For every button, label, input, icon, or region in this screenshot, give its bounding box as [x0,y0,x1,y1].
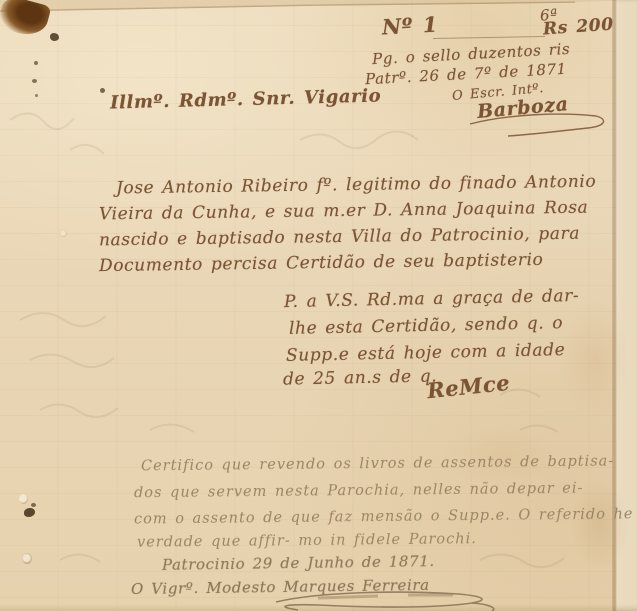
ink-spot [32,79,37,83]
fee-amount: Rs 200 [542,15,614,40]
certificate-line: verdade que affir- mo in fidele Parochi. [137,531,477,551]
petition-closing-formula: ReMce [426,370,511,404]
document-number: Nº 1 [381,12,438,40]
body-line: Jose Antonio Ribeiro fº. legitimo do fin… [116,172,596,199]
ink-spot [100,88,105,93]
ink-spot [50,33,59,41]
certificate-line: dos que servem nesta Parochia, nelles nã… [134,481,584,502]
body-line: Vieira da Cunha, e sua m.er D. Anna Joaq… [99,198,589,225]
body-line: nascido e baptisado nesta Villa do Patro… [99,224,580,251]
ink-spot [34,61,38,65]
petition-line: Supp.e está hoje com a idade [286,340,566,366]
ink-spot [24,508,35,517]
corner-stain [0,0,52,40]
certificate-date: Patrocinio 29 de Junho de 1871. [162,552,435,574]
salutation: Illmº. Rdmº. Snr. Vigario [110,85,382,113]
petition-line: lhe esta Certidão, sendo q. o [289,313,563,339]
paper-hole [22,553,32,564]
ink-spot [31,503,36,507]
clerk-signature-flourish [468,110,613,140]
document-page: 6ª Nº 1 Rs 200 Pg. o sello duzentos ris … [0,0,637,611]
ink-spot [35,94,38,97]
petition-line: de 25 an.s de q. [283,366,438,389]
certificate-line: com o assento de que faz mensão o Supp.e… [134,506,634,527]
number-rule-line [433,36,545,39]
paper-hole [60,230,67,237]
paper-hole [19,494,28,504]
petition-line: P. a V.S. Rd.ma a graça de dar- [284,286,580,312]
vicar-signature-rubric [258,590,508,611]
paper-stain [560,300,630,420]
body-line: Documento percisa Certidão de seu baptis… [99,250,544,276]
